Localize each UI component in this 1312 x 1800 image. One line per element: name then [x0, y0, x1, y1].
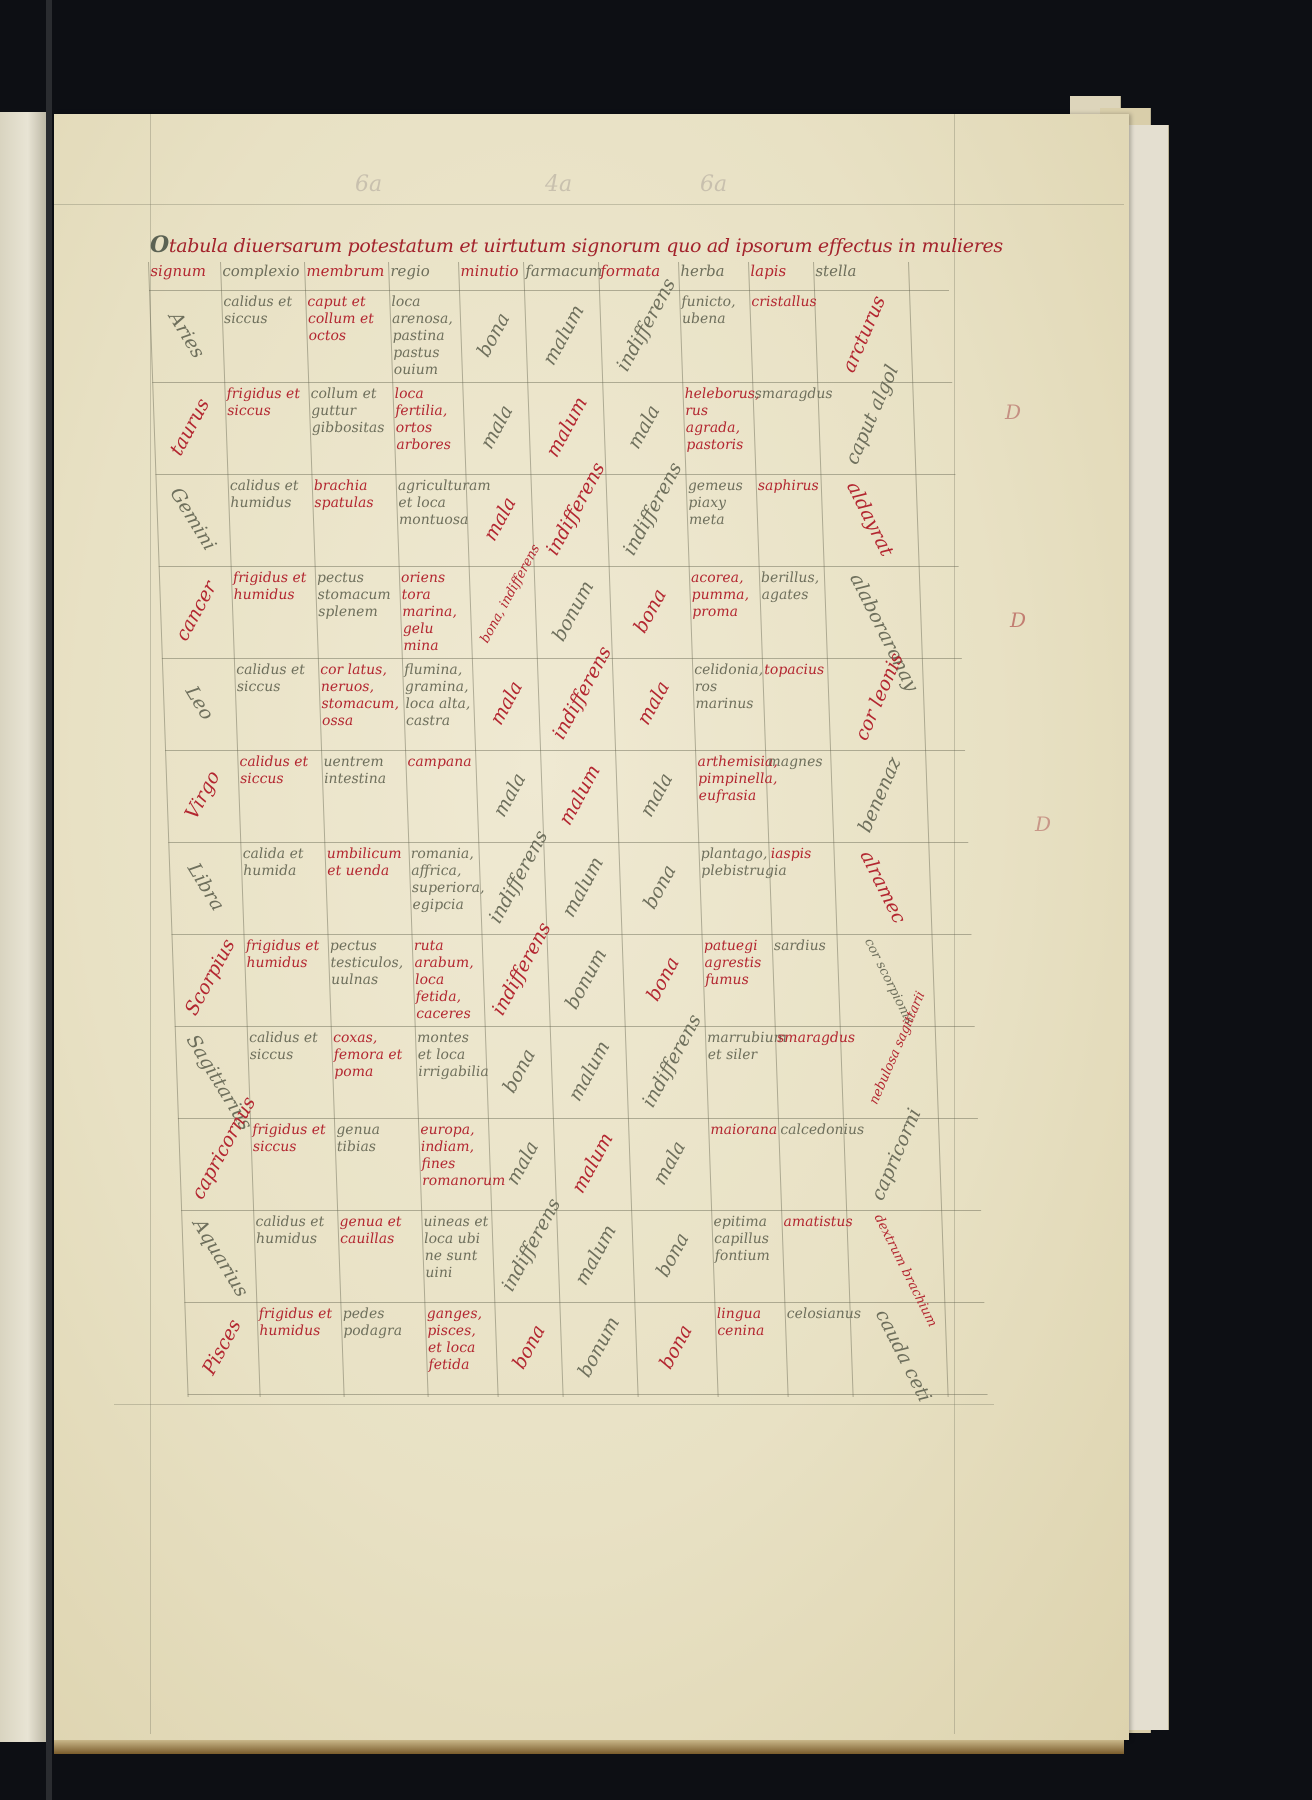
cell-lapis: berillus, agates [759, 566, 827, 658]
ruling-line [54, 204, 1124, 205]
title-text: tabula diuersarum potestatum et uirtutum… [169, 235, 1003, 257]
title-initial: O [150, 232, 169, 258]
margin-note: D [1005, 400, 1021, 424]
cell-signum: Sagittarius [182, 1031, 243, 1111]
cell-herba: lingua cenina [714, 1302, 787, 1394]
cell-minutio: bona [490, 1031, 547, 1111]
cell-minutio: mala [468, 387, 525, 467]
grid-line [188, 1394, 988, 1395]
cell-formata: bona [622, 571, 679, 651]
cell-regio: ruta arabum, loca fetida, caceres [411, 934, 484, 1026]
cell-regio: agriculturam et loca montuosa [395, 474, 468, 566]
cell-herba: maiorana [708, 1118, 781, 1210]
cell-complexio: calidus et siccus [221, 290, 308, 382]
cell-farmacum: indifferens [541, 479, 598, 559]
column-header-lapis: lapis [748, 262, 816, 290]
cell-membrum: collum et guttur gibbositas [308, 382, 395, 474]
cell-regio: uineas et loca ubi ne sunt uini [421, 1210, 494, 1302]
cell-formata: bona [644, 1215, 701, 1295]
cell-lapis: smaragdus [775, 1026, 843, 1118]
cell-stella: alramec [854, 846, 910, 928]
cell-stella: cor leonis [850, 662, 902, 744]
cell-farmacum: indifferens [547, 663, 604, 743]
cell-formata: mala [615, 387, 672, 467]
margin-note: D [1010, 608, 1026, 632]
cell-minutio: indifferens [497, 1215, 554, 1295]
cell-signum: Virgo [174, 755, 231, 835]
cell-formata: mala [641, 1123, 698, 1203]
zodiac-table: signumcomplexiomembrumregiominutiofarmac… [148, 262, 988, 1397]
cell-signum: cancer [168, 571, 225, 651]
cell-signum: Pisces [193, 1307, 250, 1387]
cell-minutio: bona, indifferens [477, 569, 528, 646]
cell-complexio: frigidus et humidus [231, 566, 318, 658]
cell-herba: heleborus, rus agrada, pastoris [682, 382, 755, 474]
cell-minutio: indifferens [484, 847, 541, 927]
cell-membrum: pectus testiculos, uulnas [327, 934, 414, 1026]
cell-lapis: iaspis [768, 842, 836, 934]
cell-farmacum: malum [560, 1031, 617, 1111]
cell-formata: bona [631, 847, 688, 927]
cell-complexio: frigidus et humidus [256, 1302, 343, 1394]
cell-complexio: calidus et humidus [253, 1210, 340, 1302]
cell-formata: bona [635, 939, 692, 1019]
cell-regio: campana [405, 750, 478, 842]
cell-formata: mala [625, 663, 682, 743]
cell-minutio: bona [465, 295, 522, 375]
cell-lapis: magnes [765, 750, 833, 842]
cell-stella: cauda ceti [870, 1306, 926, 1388]
book-gutter [46, 0, 52, 1800]
column-header-minutio: minutio [458, 262, 526, 290]
cell-herba: acorea, pumma, proma [689, 566, 762, 658]
cell-stella: cor scorpionis [861, 936, 911, 1015]
cell-lapis: celosianus [784, 1302, 852, 1394]
cell-herba: funicto, ubena [679, 290, 752, 382]
cell-lapis: saphirus [755, 474, 823, 566]
cell-farmacum: malum [567, 1215, 624, 1295]
cell-membrum: brachia spatulas [311, 474, 398, 566]
cell-complexio: frigidus et humidus [243, 934, 330, 1026]
cell-membrum: genua et cauillas [337, 1210, 424, 1302]
column-header-membrum: membrum [304, 262, 391, 290]
cell-farmacum: malum [554, 847, 611, 927]
cell-farmacum: malum [538, 387, 595, 467]
cell-membrum: umbilicum et uenda [324, 842, 411, 934]
cell-lapis: amatistus [781, 1210, 849, 1302]
cell-stella: dextrum brachium [870, 1212, 920, 1291]
faint-note: 6a [700, 172, 727, 197]
cell-formata: indifferens [612, 295, 669, 375]
cell-regio: flumina, gramina, loca alta, castra [402, 658, 475, 750]
facing-page-edge [0, 112, 46, 1742]
cell-stella: nebulosa sagittarii [866, 1028, 911, 1107]
cell-farmacum: bonum [557, 939, 614, 1019]
cell-lapis: topacius [762, 658, 830, 750]
column-header-herba: herba [678, 262, 751, 290]
margin-note: D [1035, 812, 1051, 836]
faint-note: 4a [545, 172, 572, 197]
cell-stella: alaboraronay [845, 570, 901, 652]
cell-minutio: mala [493, 1123, 550, 1203]
cell-minutio: mala [481, 755, 538, 835]
cell-herba: marrubium et siler [705, 1026, 778, 1118]
cell-signum: Leo [169, 663, 230, 743]
cell-stella: capricorni [866, 1122, 918, 1204]
cell-signum: Scorpius [181, 939, 238, 1019]
cell-herba: patuegi agrestis fumus [701, 934, 774, 1026]
cell-regio: romania, affrica, superiora, egipcia [408, 842, 481, 934]
cell-complexio: frigidus et siccus [250, 1118, 337, 1210]
cell-signum: Aries [156, 295, 217, 375]
cell-membrum: cor latus, neruos, stomacum, ossa [318, 658, 405, 750]
cell-herba: gemeus piaxy meta [685, 474, 758, 566]
cell-membrum: coxas, femora et poma [331, 1026, 418, 1118]
cell-membrum: genua tibias [334, 1118, 421, 1210]
cell-farmacum: bonum [570, 1307, 627, 1387]
table-title: Otabula diuersarum potestatum et uirtutu… [150, 232, 890, 260]
cell-membrum: pectus stomacum splenem [315, 566, 402, 658]
cell-farmacum: bonum [544, 571, 601, 651]
cell-stella: caput algol [840, 386, 892, 468]
cell-complexio: calidus et siccus [234, 658, 321, 750]
cell-lapis: cristallus [749, 290, 817, 382]
cell-complexio: calidus et siccus [237, 750, 324, 842]
cell-membrum: caput et collum et octos [305, 290, 392, 382]
column-header-signum: signum [148, 262, 223, 290]
column-header-regio: regio [388, 262, 461, 290]
ruling-line [114, 1404, 994, 1405]
cell-lapis: smaragdus [752, 382, 820, 474]
cell-signum: capricornus [187, 1123, 244, 1203]
column-header-farmacum: farmacum [523, 262, 601, 290]
cell-minutio: indifferens [487, 939, 544, 1019]
cell-formata: bona [647, 1307, 704, 1387]
cell-farmacum: malum [563, 1123, 620, 1203]
cell-formata: mala [628, 755, 685, 835]
cell-herba: epitima capillus fontium [711, 1210, 784, 1302]
cell-stella: benenaz [853, 754, 905, 836]
column-header-complexio: complexio [220, 262, 307, 290]
cell-membrum: uentrem intestina [321, 750, 408, 842]
column-header-stella: stella [813, 262, 911, 290]
cell-regio: montes et loca irrigabilia [415, 1026, 488, 1118]
cell-lapis: sardius [771, 934, 839, 1026]
cell-regio: loca fertilia, ortos arbores [392, 382, 465, 474]
cell-lapis: calcedonius [778, 1118, 846, 1210]
cell-regio: europa, indiam, fines romanorum [418, 1118, 491, 1210]
cell-minutio: mala [477, 663, 534, 743]
cell-formata: indifferens [638, 1031, 695, 1111]
grid-line [908, 262, 949, 1397]
faint-note: 6a [355, 172, 382, 197]
cell-signum: Gemini [162, 479, 223, 559]
cell-formata: indifferens [618, 479, 675, 559]
cell-regio: ganges, pisces, et loca fetida [424, 1302, 497, 1394]
cell-complexio: calida et humida [240, 842, 327, 934]
cell-stella: aldayrat [841, 478, 897, 560]
cell-regio: loca arenosa, pastina pastus ouium [389, 290, 462, 382]
cell-herba: arthemisia, pimpinella, eufrasia [695, 750, 768, 842]
cell-complexio: calidus et humidus [227, 474, 314, 566]
cell-herba: celidonia, ros marinus [692, 658, 765, 750]
cell-signum: Libra [175, 847, 236, 927]
cell-minutio: bona [500, 1307, 557, 1387]
cell-membrum: pedes podagra [340, 1302, 427, 1394]
cell-farmacum: malum [535, 295, 592, 375]
cell-signum: taurus [161, 387, 218, 467]
cell-regio: oriens tora marina, gelu mina [399, 566, 472, 658]
cell-herba: plantago, plebistrugia [698, 842, 771, 934]
folio-bottom-edge [54, 1740, 1124, 1754]
cell-signum: Aquarius [188, 1215, 249, 1295]
cell-farmacum: malum [551, 755, 608, 835]
cell-complexio: frigidus et siccus [224, 382, 311, 474]
